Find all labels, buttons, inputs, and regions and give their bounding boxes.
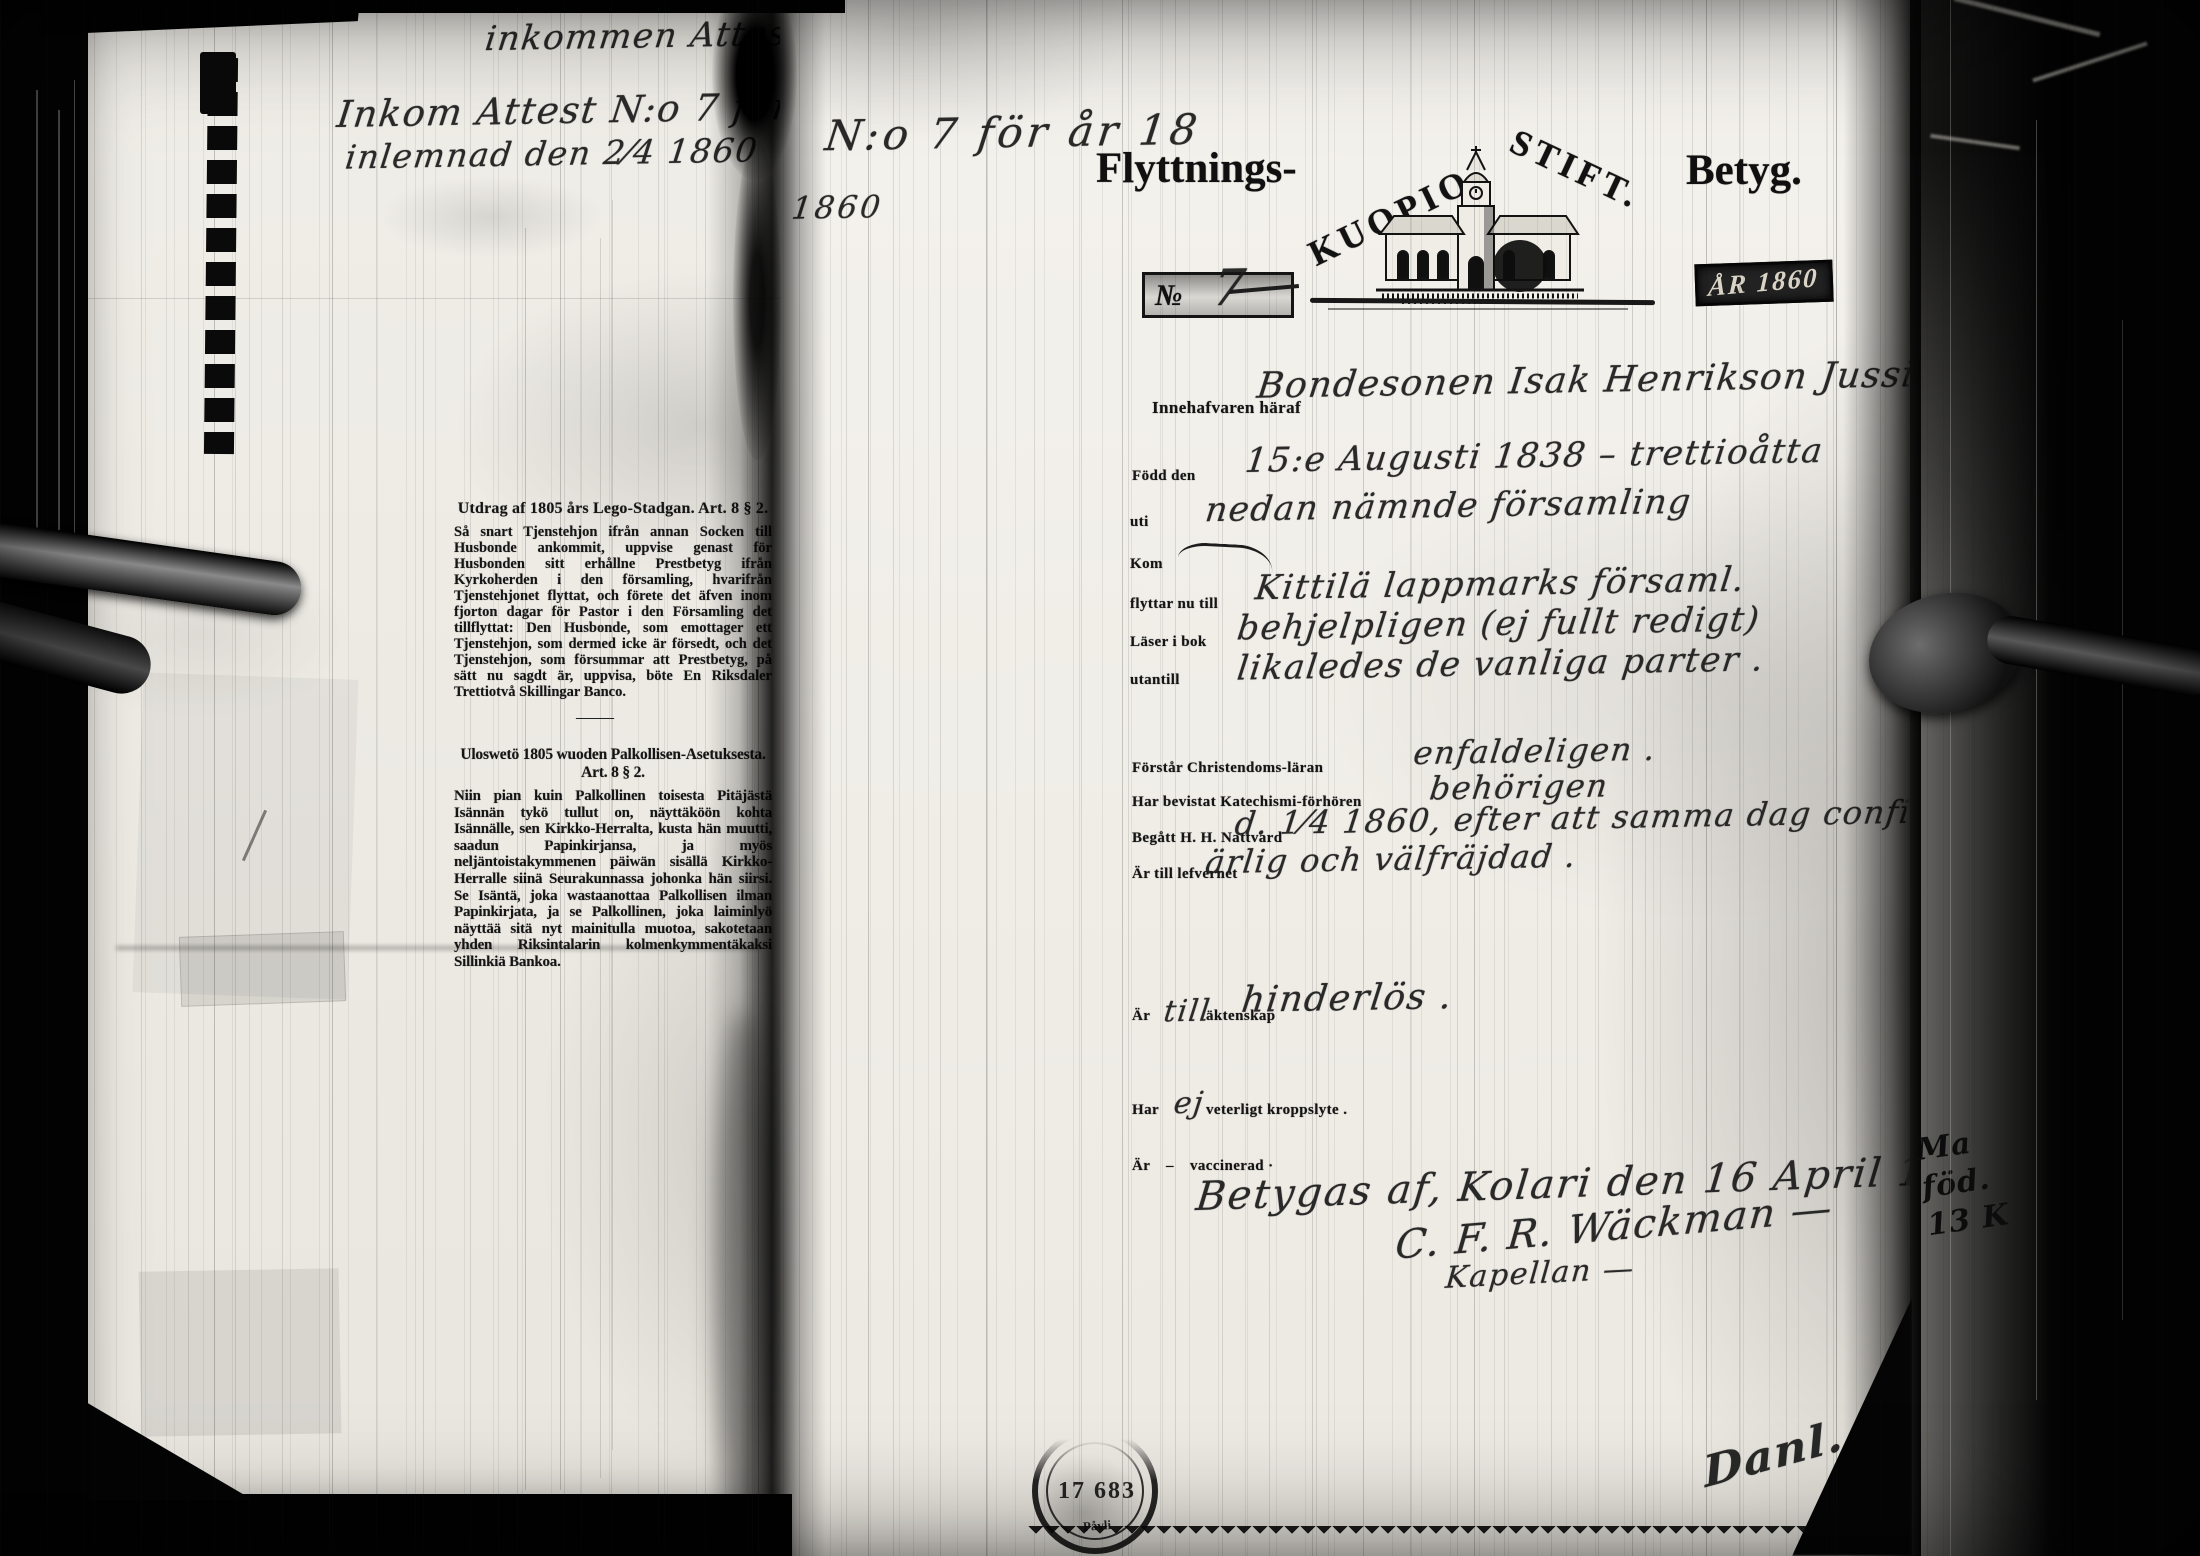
paper-patch (139, 1268, 342, 1436)
microfilm-frame: inkommen Attest N:6 för år 186 Inkom Att… (0, 0, 2200, 1556)
field-value-conduct: ärlig och välfräjdad . (1203, 837, 1579, 881)
flourish-line (1328, 308, 1628, 310)
film-scratch-line (2122, 320, 2123, 1320)
field-value-born: 15:e Augusti 1838 – trettioåtta (1243, 431, 1826, 481)
field-label-understands: Förstår Christendoms-läran (1132, 760, 1323, 777)
church-engraving-icon (1372, 138, 1588, 310)
right-page-certificate: N:o 7 för år 18 1860 Flyttnings- KUOPIO … (780, 0, 1910, 1556)
margin-note: Ma föd. 13 K (1914, 1121, 2011, 1245)
film-clamp-right (1868, 566, 2200, 776)
clamp-stem (1984, 612, 2200, 699)
field-value-by-heart: likaledes de vanliga parter . (1235, 639, 1767, 688)
year-plate: ÅR 1860 (1694, 260, 1833, 307)
field-value-holder: Bondesonen Isak Henrikson Jussi (1255, 354, 1910, 406)
field-label-by-heart: utantill (1130, 672, 1180, 689)
field-label-defect-post: veterligt kroppslyte . (1206, 1102, 1347, 1119)
title-betyg: Betyg. (1686, 146, 1802, 195)
field-label-born: Född den (1132, 468, 1196, 485)
handwritten-note-submitted: inlemnad den 2⁄4 1860 (343, 130, 760, 176)
field-value-defect-hw: ej (1172, 1086, 1206, 1122)
number-sign: № (1155, 279, 1182, 313)
field-label-moves-to: flyttar nu till (1130, 596, 1218, 613)
field-value-in-parish: nedan nämnde församling (1203, 482, 1694, 530)
field-value-understands: enfaldeligen . (1411, 730, 1658, 772)
zigzag-border (1028, 1526, 1868, 1541)
film-streak (36, 90, 38, 560)
clamp-arm (0, 594, 157, 700)
field-vaccinated-dash: – (1166, 1158, 1174, 1175)
field-label-came: Kom (1130, 556, 1163, 573)
field-label-vaccinated-pre: Är (1132, 1158, 1150, 1175)
left-page: inkommen Attest N:6 för år 186 Inkom Att… (88, 8, 782, 1500)
gutter-blob (733, 140, 781, 460)
film-streak (74, 80, 75, 580)
film-clamp-left (0, 517, 331, 748)
gutter-blob (714, 1010, 774, 1530)
stamp-digits: 17 683 (1030, 1478, 1164, 1505)
title-flyttnings: Flyttnings- (1096, 144, 1297, 193)
section-divider: —— (576, 706, 612, 729)
year-plate-text: ÅR 1860 (1707, 262, 1819, 303)
tape-patch (179, 931, 346, 1007)
page-crease (88, 298, 782, 299)
field-label-marriage-pre: Är (1132, 1008, 1150, 1025)
field-value-marriage-hw2: hinderlös . (1239, 976, 1455, 1021)
frame-edge-bottom (0, 1494, 792, 1556)
field-label-defect-pre: Har (1132, 1102, 1159, 1119)
field-label-in-parish: uti (1130, 514, 1149, 531)
number-box: № 7 (1142, 272, 1294, 318)
page-edge-strip (1906, 0, 2074, 1556)
perforation-strip (204, 58, 238, 454)
film-streak (58, 110, 60, 530)
field-label-reads-book: Läser i bok (1130, 634, 1207, 651)
